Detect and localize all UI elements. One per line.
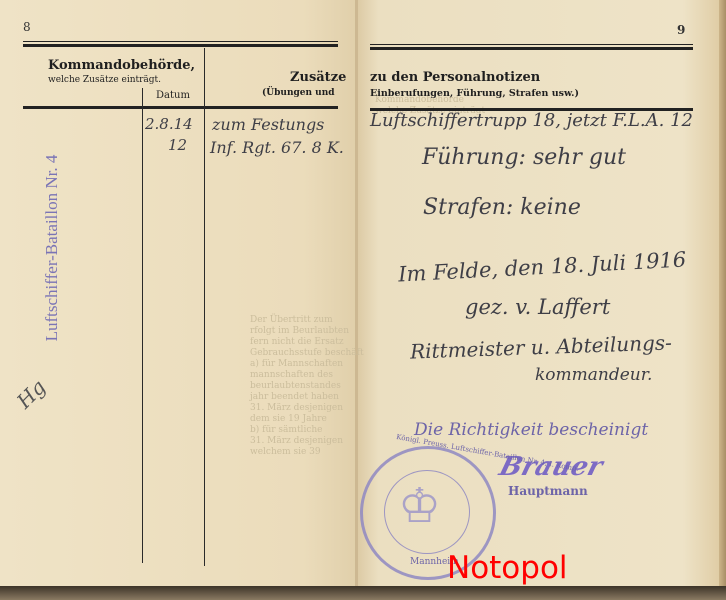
rank-stamp: Hauptmann	[508, 484, 588, 498]
watermark: Notopol	[447, 550, 568, 586]
page-number-right: 9	[677, 23, 685, 37]
entry-text: Inf. Rgt. 67. 8 K.	[210, 138, 344, 157]
header-rule-top	[370, 44, 693, 45]
header-rule-top	[370, 47, 693, 50]
bottom-shadow	[0, 586, 726, 600]
battalion-side-stamp: Luftschiffer-Bataillon Nr. 4	[42, 148, 62, 348]
header-subtitle: Einberufungen, Führung, Strafen usw.)	[370, 88, 579, 99]
eagle-icon: ♔	[398, 478, 441, 534]
entry-date: 2.8.14	[145, 115, 193, 133]
note-line: gez. v. Laffert	[465, 295, 610, 319]
header-title: zu den Personalnotizen	[370, 70, 540, 85]
col-authority-subtitle: welche Zusätze einträgt.	[48, 75, 161, 85]
col-date-header: Datum	[156, 90, 190, 101]
page-number-left: 8	[23, 20, 31, 34]
additions-column-line	[204, 48, 205, 566]
date-column-line	[142, 88, 143, 563]
note-line: kommandeur.	[535, 365, 652, 385]
header-rule-top	[23, 44, 338, 47]
col-authority-title: Kommandobehörde,	[48, 58, 195, 73]
note-line: Strafen: keine	[423, 195, 581, 220]
col-additions-subtitle: (Übungen und	[262, 88, 335, 98]
page-edge	[719, 0, 726, 600]
header-rule-bottom	[23, 106, 338, 109]
note-line: Luftschiffertrupp 18, jetzt F.L.A. 12	[370, 110, 693, 131]
book-gutter	[355, 0, 358, 586]
certification-stamp: Die Richtigkeit bescheinigt	[414, 420, 648, 440]
header-rule-top	[23, 41, 338, 42]
col-additions-title: Zusätze	[290, 70, 346, 85]
note-line: Führung: sehr gut	[422, 145, 626, 170]
entry-date: 12	[168, 136, 187, 154]
entry-text: zum Festungs	[212, 115, 324, 134]
bleed-through-text: Der Übertritt zum rfolgt im Beurlaubten …	[250, 315, 364, 458]
